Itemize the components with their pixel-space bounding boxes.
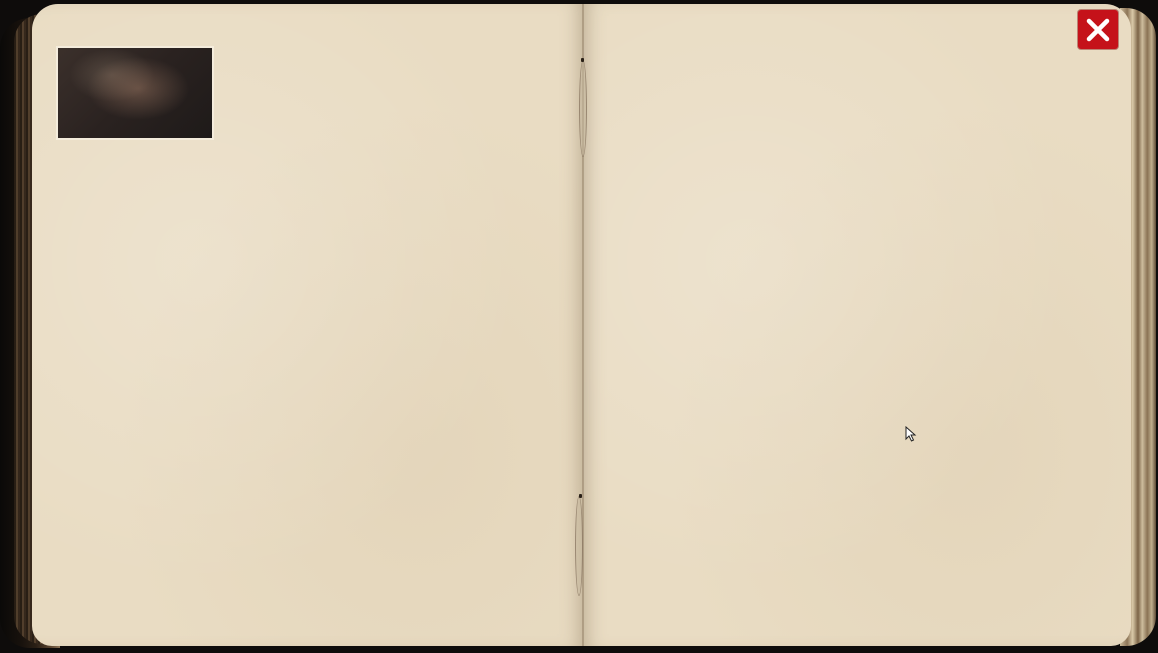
mouse-cursor-icon bbox=[905, 426, 917, 442]
stitch-knot-bottom bbox=[579, 494, 582, 498]
close-button[interactable] bbox=[1078, 10, 1118, 49]
photo-thumbnail[interactable] bbox=[56, 46, 214, 140]
close-icon bbox=[1083, 15, 1113, 45]
binding-stitch-bottom bbox=[575, 496, 583, 596]
journal-book bbox=[0, 0, 1158, 653]
stitch-knot-top bbox=[581, 58, 584, 62]
right-page bbox=[583, 4, 1131, 646]
binding-stitch-top bbox=[579, 60, 587, 157]
